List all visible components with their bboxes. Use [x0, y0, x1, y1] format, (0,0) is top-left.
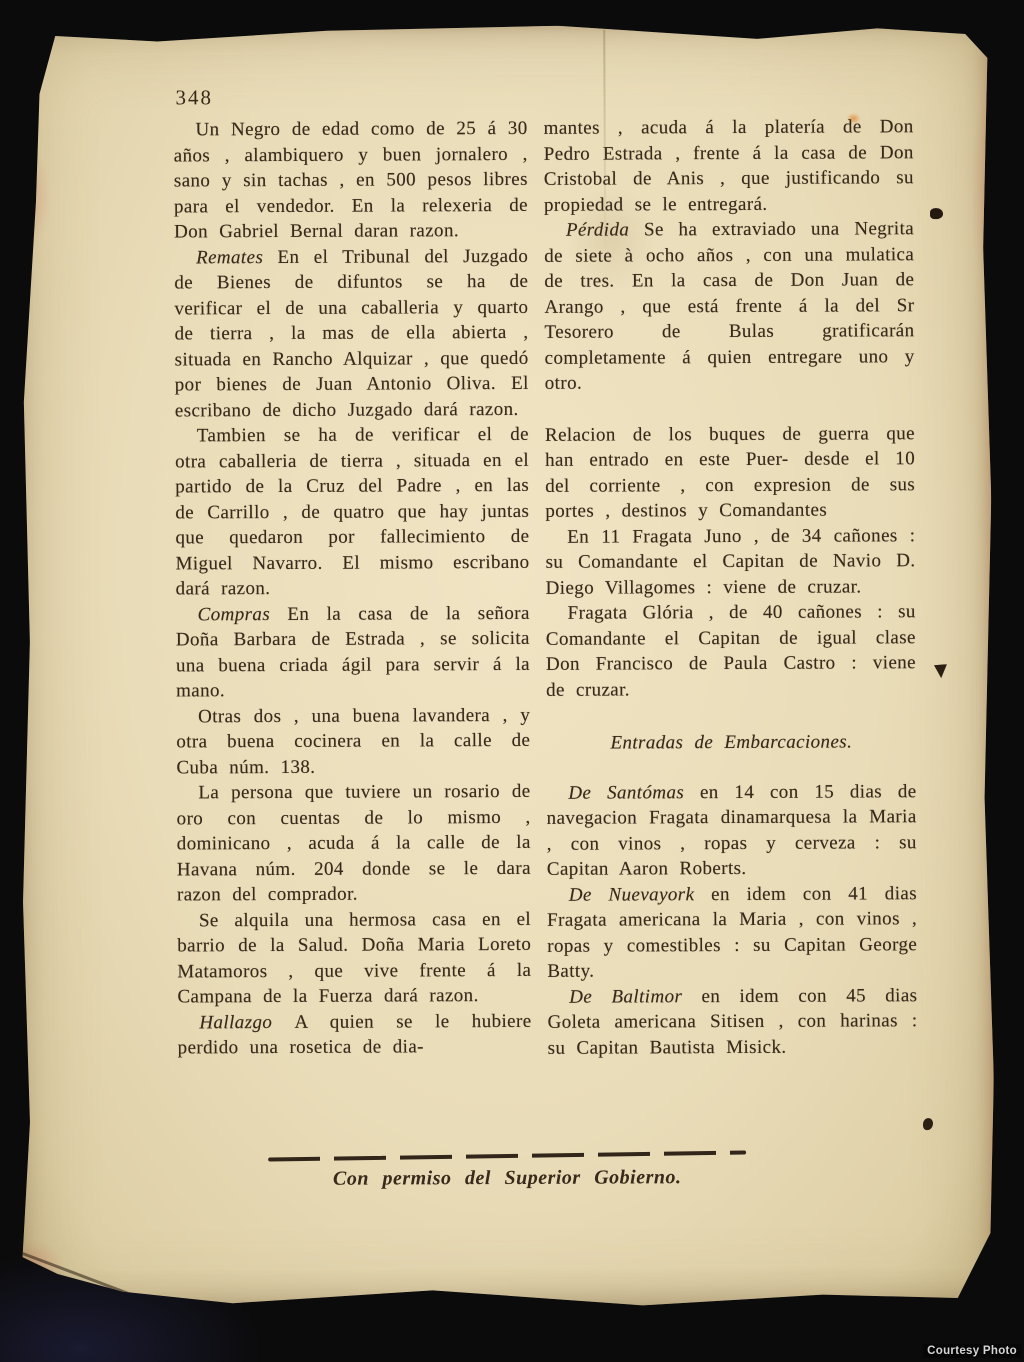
paragraph-lead: De Baltimor — [569, 986, 701, 1008]
text-columns: Un Negro de edad como de 25 á 30 años , … — [174, 114, 918, 1062]
paragraph: mantes , acuda á la platería de Don Pedr… — [544, 114, 914, 218]
paragraph-lead: De Nuevayork — [569, 884, 711, 906]
corner-fold-shadow — [21, 1256, 141, 1315]
paragraph-lead: Remates — [196, 246, 278, 267]
page-number: 348 — [175, 85, 213, 110]
paragraph: Compras En la casa de la señora Doña Bar… — [176, 600, 530, 704]
paragraph: Un Negro de edad como de 25 á 30 años , … — [174, 116, 529, 245]
paragraph: Fragata Glória , de 40 cañones : su Coma… — [546, 599, 916, 703]
ink-blot — [923, 1118, 933, 1130]
paragraph-lead: De Santómas — [568, 782, 700, 804]
right-column: mantes , acuda á la platería de Don Pedr… — [544, 114, 918, 1061]
paragraph: De Baltimor en idem con 45 dias Goleta a… — [547, 983, 917, 1061]
paragraph: Se alquila una hermosa casa en el barrio… — [177, 906, 531, 1010]
paragraph: De Nuevayork en idem con 41 dias Fragata… — [547, 881, 917, 985]
page-footer: Con permiso del Superior Gobierno. — [20, 1152, 994, 1192]
paragraph-lead: Hallazgo — [199, 1011, 294, 1032]
ink-blot — [930, 208, 943, 219]
paragraph: De Santómas en 14 con 15 dias de navegac… — [546, 779, 916, 883]
courtesy-photo-watermark: Courtesy Photo — [923, 1344, 1021, 1358]
paragraph: La persona que tuviere un rosario de oro… — [176, 779, 531, 908]
divider-rule — [268, 1150, 746, 1161]
left-column: Un Negro de edad como de 25 á 30 años , … — [174, 116, 532, 1063]
paragraph: Relacion de los buques de guerra que han… — [545, 421, 915, 525]
paragraph: En 11 Fragata Juno , de 34 cañones : su … — [545, 523, 915, 601]
paragraph: Remates En el Tribunal del Juzgado de Bi… — [174, 243, 529, 423]
section-heading: Entradas de Embarcaciones. — [546, 729, 916, 756]
ink-blot — [934, 664, 947, 678]
paragraph: Otras dos , una buena lavandera , y otra… — [176, 702, 530, 780]
paragraph: Tambien se ha de verificar el de otra ca… — [175, 422, 530, 602]
paragraph: Pérdida Se ha extraviado una Negrita de … — [544, 216, 915, 396]
paragraph: Hallazgo A quien se le hubiere perdido u… — [177, 1008, 531, 1061]
newspaper-page: 348 Un Negro de edad como de 25 á 30 año… — [15, 22, 995, 1314]
imprint-line: Con permiso del Superior Gobierno. — [20, 1164, 994, 1191]
paragraph-lead: Compras — [198, 603, 288, 624]
